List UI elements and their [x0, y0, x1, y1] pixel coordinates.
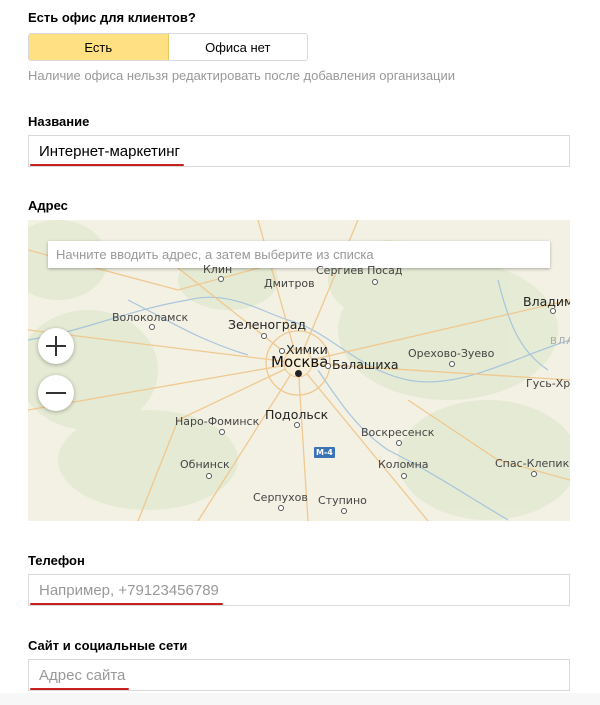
map-city-dot [550, 308, 556, 314]
phone-input[interactable]: Например, +79123456789 [28, 574, 570, 606]
map-city-label: Ступино [318, 494, 367, 507]
map-city-dot [325, 363, 331, 369]
address-search-input[interactable]: Начните вводить адрес, а затем выберите … [48, 241, 550, 268]
plus-icon-vertical [55, 336, 57, 356]
map-city-dot [218, 276, 224, 282]
map-capital-dot [295, 370, 302, 377]
address-search-placeholder: Начните вводить адрес, а затем выберите … [56, 247, 374, 262]
address-map[interactable]: Начните вводить адрес, а затем выберите … [28, 220, 570, 521]
map-region-label: ВЛА [550, 336, 570, 347]
site-label: Сайт и социальные сети [28, 638, 187, 653]
map-city-label: Зеленоград [228, 317, 306, 332]
map-city-label: Наро-Фоминск [175, 415, 259, 428]
map-city-dot [396, 440, 402, 446]
map-city-label: Клин [203, 263, 232, 276]
office-hint: Наличие офиса нельзя редактировать после… [28, 68, 455, 83]
map-city-label: Подольск [265, 407, 328, 422]
office-no-option[interactable]: Офиса нет [169, 34, 308, 60]
phone-label: Телефон [28, 553, 85, 568]
map-city-label-capital: Москва [271, 353, 328, 371]
site-underline-annotation [30, 688, 129, 690]
map-city-label: Гусь-Хру [526, 377, 570, 390]
map-city-dot [206, 473, 212, 479]
zoom-out-button[interactable] [38, 375, 74, 411]
office-question-label: Есть офис для клиентов? [28, 10, 196, 25]
phone-placeholder: Например, +79123456789 [39, 582, 219, 599]
map-city-dot [531, 471, 537, 477]
road-badge-m4: М-4 [314, 447, 335, 458]
name-value: Интернет-маркетинг [39, 143, 180, 160]
office-toggle: Есть Офиса нет [28, 33, 308, 61]
name-underline-annotation [30, 164, 184, 166]
minus-icon [46, 392, 66, 394]
map-city-dot [372, 279, 378, 285]
phone-underline-annotation [30, 603, 223, 605]
map-city-dot [219, 429, 225, 435]
office-yes-option[interactable]: Есть [29, 34, 169, 60]
map-city-label: Волоколамск [112, 311, 188, 324]
page-bottom-edge [0, 693, 600, 705]
map-city-label: Обнинск [180, 458, 230, 471]
name-label: Название [28, 114, 89, 129]
map-city-label: Орехово-Зуево [408, 347, 494, 360]
map-city-label: Спас-Клепики [495, 457, 570, 470]
address-label: Адрес [28, 198, 68, 213]
site-input[interactable]: Адрес сайта [28, 659, 570, 691]
map-city-label: Дмитров [264, 277, 315, 290]
map-city-dot [261, 333, 267, 339]
map-city-dot [401, 473, 407, 479]
site-placeholder: Адрес сайта [39, 667, 125, 684]
map-city-dot [278, 505, 284, 511]
map-city-dot [294, 422, 300, 428]
map-city-label: Серпухов [253, 491, 308, 504]
map-city-label: Коломна [378, 458, 429, 471]
map-city-label: Владим [523, 294, 570, 309]
map-city-label: Балашиха [332, 357, 399, 372]
map-city-label: Воскресенск [361, 426, 434, 439]
map-city-dot [341, 508, 347, 514]
zoom-in-button[interactable] [38, 328, 74, 364]
map-city-dot [149, 324, 155, 330]
name-input[interactable]: Интернет-маркетинг [28, 135, 570, 167]
map-city-label: Сергиев Посад [316, 264, 403, 277]
map-city-dot [449, 361, 455, 367]
